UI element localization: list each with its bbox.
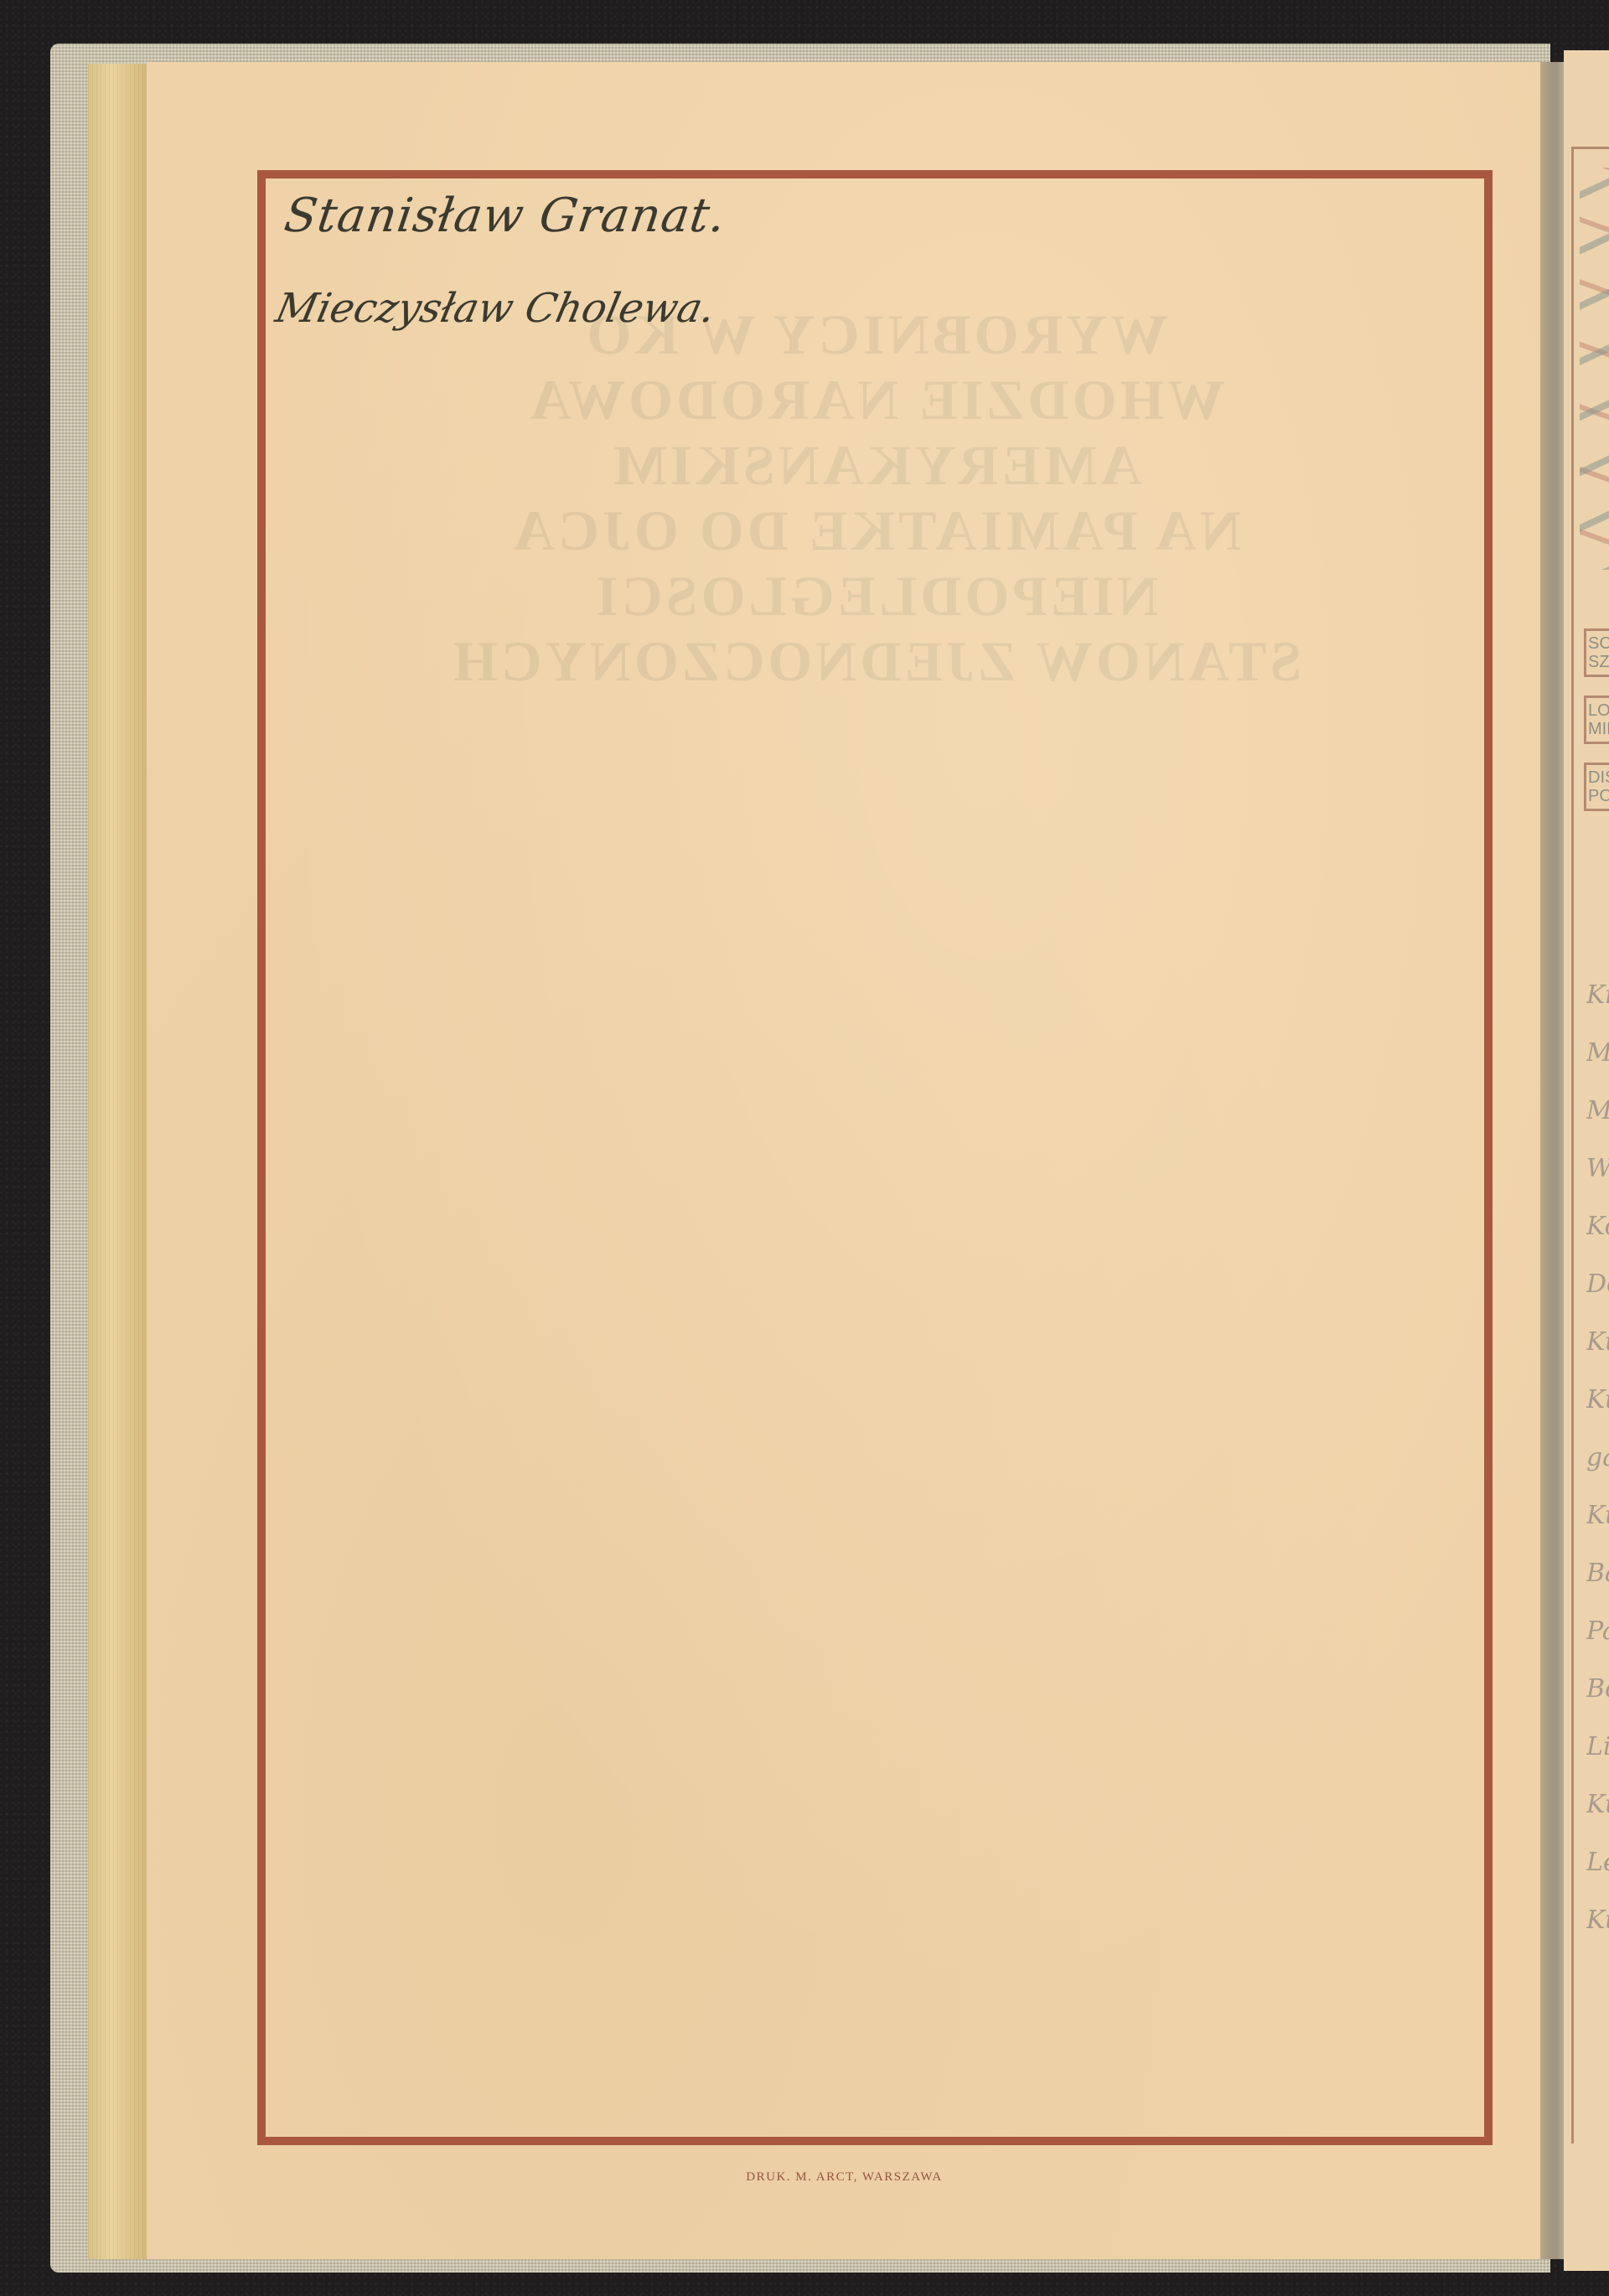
label-district: DISTR POW [1584, 763, 1609, 811]
name-entry: Mach [1586, 1038, 1609, 1068]
name-entry: Badu [1586, 1559, 1609, 1588]
name-entry: Kuczyk [1586, 1501, 1609, 1530]
name-entry: Misk [1586, 1096, 1609, 1125]
next-page-labels: SCHOO SZKO LOCA MIEJS DISTR POW [1584, 628, 1609, 811]
printer-imprint: DRUK. M. ARCT, WARSZAWA [147, 2170, 1542, 2185]
name-entry: Kubis [1586, 1906, 1609, 1935]
name-entry: Lilka [1586, 1732, 1609, 1761]
name-entry: Kost [1586, 1212, 1609, 1241]
next-page-names: Ki Mach Misk Włodar Kost Dobrow Kuczyk K… [1586, 980, 1609, 1935]
next-page-ornament [1580, 168, 1609, 570]
name-entry: Ki [1586, 980, 1609, 1010]
name-entry: Włodar [1586, 1154, 1609, 1183]
name-entry: Bocia [1586, 1674, 1609, 1704]
imprint-container: DRUK. M. ARCT, WARSZAWA [147, 0, 1542, 2296]
name-entry: Dobrow [1586, 1270, 1609, 1299]
name-entry: Kuczy [1586, 1790, 1609, 1819]
name-entry: ga [1586, 1443, 1609, 1472]
name-entry: Paul [1586, 1616, 1609, 1646]
label-school: SCHOO SZKO [1584, 628, 1609, 677]
name-entry: Kuczyk [1586, 1327, 1609, 1357]
name-entry: Kuczyk [1586, 1385, 1609, 1414]
book-gutter [1540, 62, 1564, 2259]
label-locality: LOCA MIEJS [1584, 696, 1609, 744]
name-entry: Lew [1586, 1848, 1609, 1877]
page-edges [88, 64, 147, 2259]
